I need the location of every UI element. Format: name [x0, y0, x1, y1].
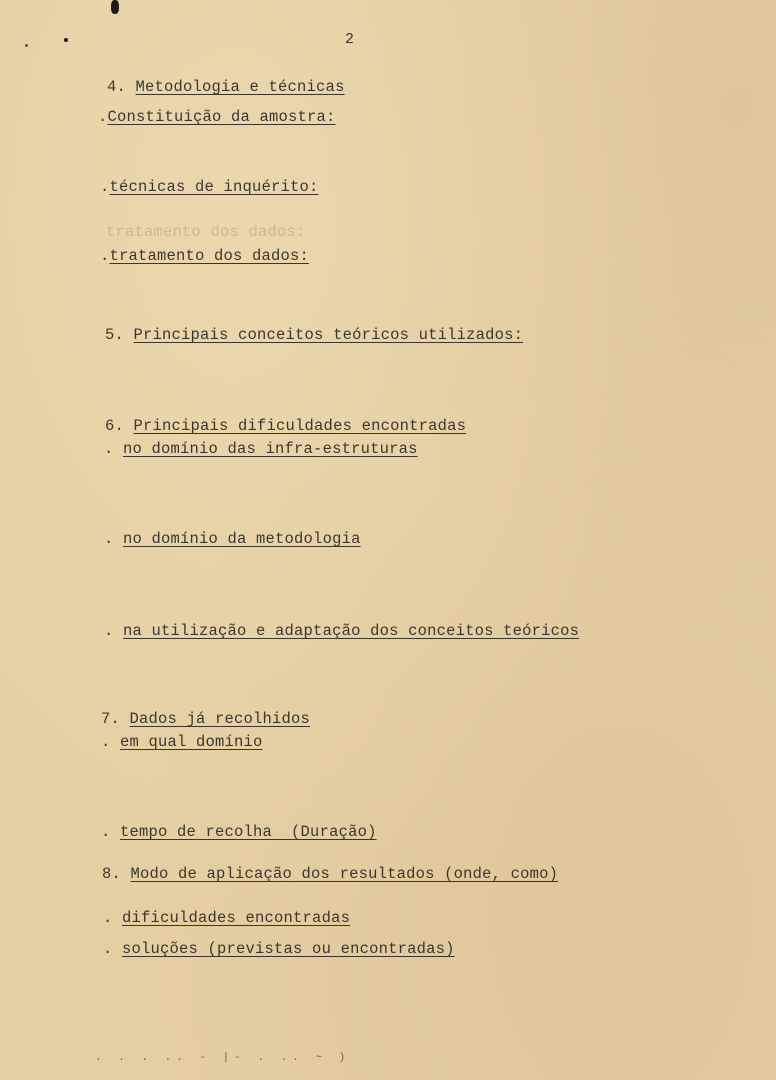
- item-text: tempo de recolha (Duração): [120, 823, 377, 841]
- item-text: Constituição da amostra:: [108, 108, 336, 126]
- ghost-typed-text: tratamento dos dados:: [106, 223, 306, 241]
- item-text: tratamento dos dados:: [110, 247, 310, 265]
- section-title: Principais dificuldades encontradas: [134, 417, 467, 435]
- section-title: Dados já recolhidos: [130, 710, 311, 728]
- list-item: . no domínio da metodologia: [104, 530, 361, 548]
- item-text: no domínio das infra-estruturas: [123, 440, 418, 458]
- ink-speck: [64, 38, 68, 42]
- section-5-heading: 5. Principais conceitos teóricos utiliza…: [105, 326, 523, 344]
- item-text: no domínio da metodologia: [123, 530, 361, 548]
- scanned-document-page: 2 4. Metodologia e técnicas .Constituiçã…: [0, 0, 776, 1080]
- section-8-heading: 8. Modo de aplicação dos resultados (ond…: [102, 865, 558, 883]
- list-item: . dificuldades encontradas: [103, 909, 350, 927]
- ink-blot: [111, 0, 119, 14]
- section-7-heading: 7. Dados já recolhidos: [101, 710, 310, 728]
- section-title: Modo de aplicação dos resultados (onde, …: [131, 865, 559, 883]
- item-text: técnicas de inquérito:: [110, 178, 319, 196]
- list-item: . tempo de recolha (Duração): [101, 823, 377, 841]
- list-item: . no domínio das infra-estruturas: [104, 440, 418, 458]
- section-title: Principais conceitos teóricos utilizados…: [134, 326, 524, 344]
- section-6-heading: 6. Principais dificuldades encontradas: [105, 417, 466, 435]
- list-item: .Constituição da amostra:: [98, 108, 336, 126]
- ink-speck: [25, 44, 28, 47]
- list-item: . na utilização e adaptação dos conceito…: [104, 622, 579, 640]
- list-item: . em qual domínio: [101, 733, 263, 751]
- item-text: dificuldades encontradas: [122, 909, 350, 927]
- item-text: soluções (previstas ou encontradas): [122, 940, 455, 958]
- bottom-bleed-through-marks: . . . .. - |- . .. ~ ): [95, 1052, 350, 1064]
- page-number: 2: [345, 31, 354, 48]
- section-4-heading: 4. Metodologia e técnicas: [107, 78, 345, 96]
- list-item: .tratamento dos dados:: [100, 247, 309, 265]
- item-text: em qual domínio: [120, 733, 263, 751]
- list-item: .técnicas de inquérito:: [100, 178, 319, 196]
- item-text: na utilização e adaptação dos conceitos …: [123, 622, 579, 640]
- section-title: Metodologia e técnicas: [136, 78, 345, 96]
- list-item: . soluções (previstas ou encontradas): [103, 940, 455, 958]
